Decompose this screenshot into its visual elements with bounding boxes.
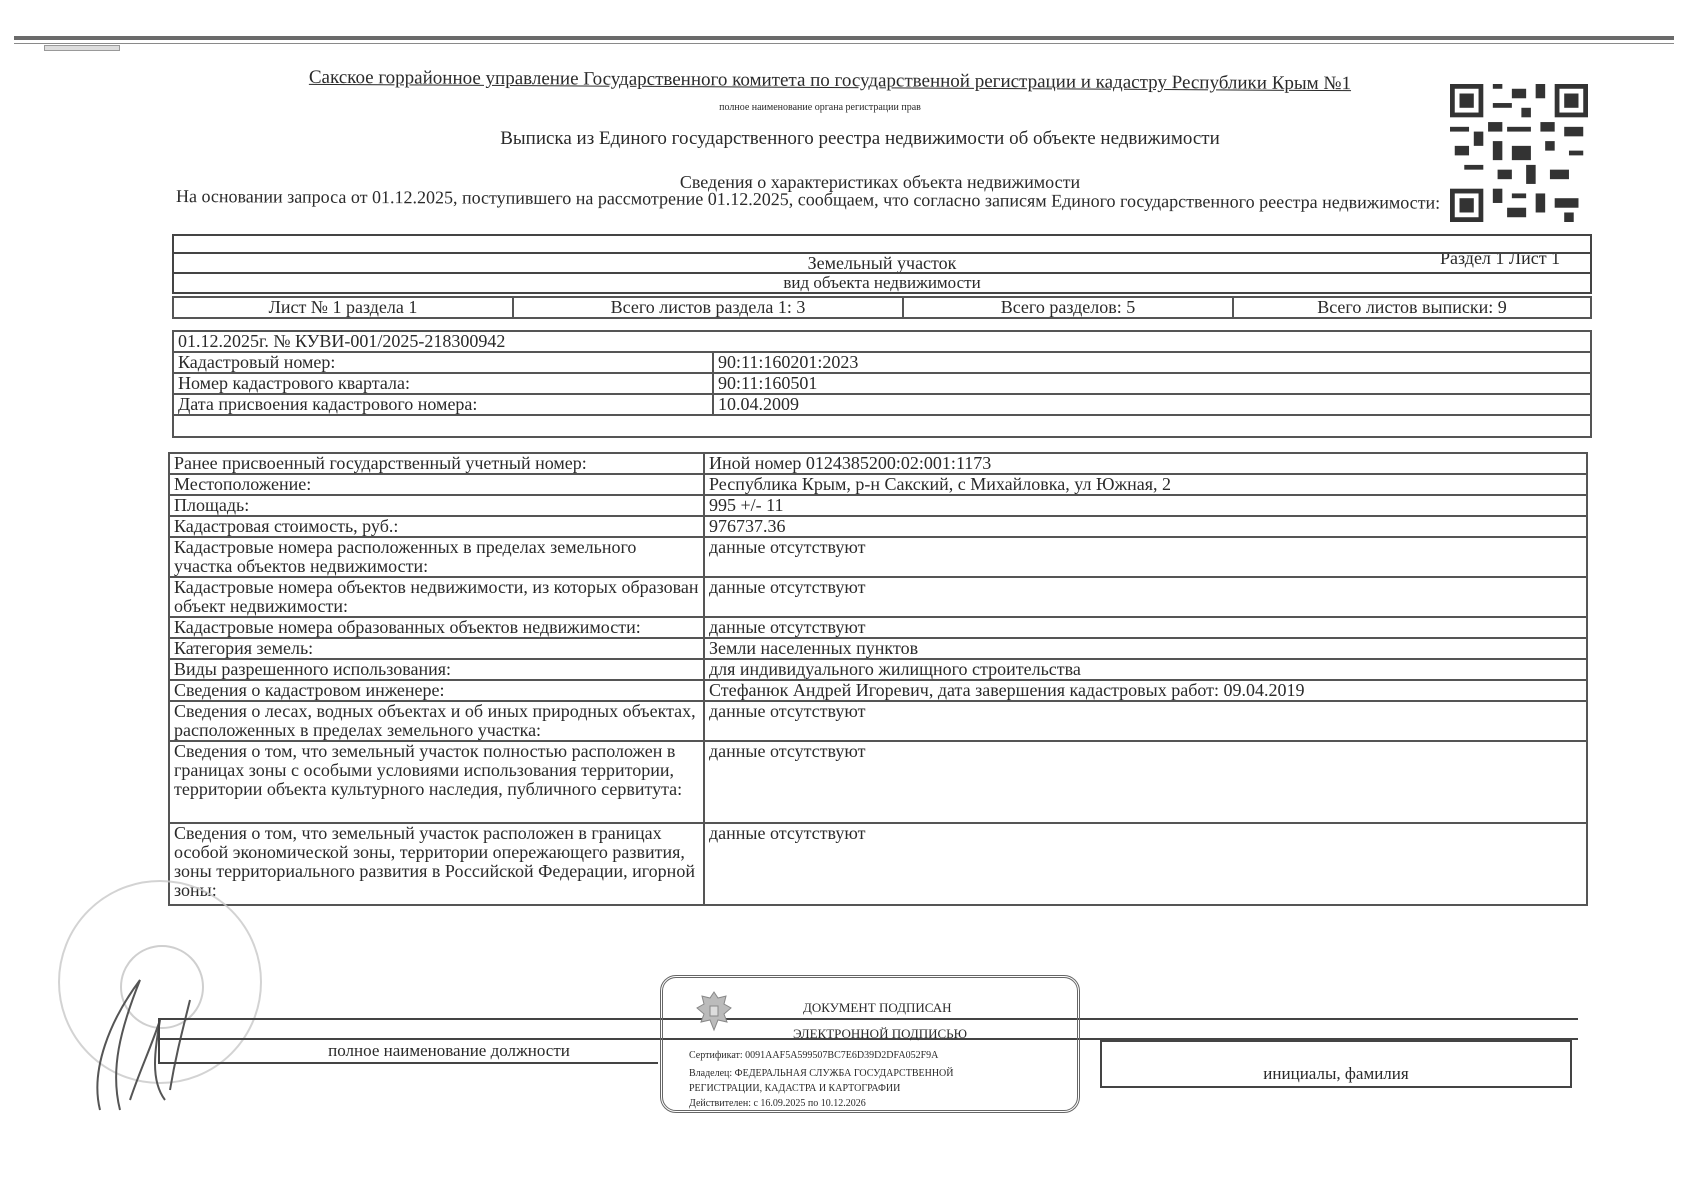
signature-title-line1: ДОКУМЕНТ ПОДПИСАН [803, 1000, 952, 1016]
scan-edge-mark [44, 45, 120, 51]
row-value: данные отсутствуют [704, 701, 1587, 741]
extract-number: 01.12.2025г. № КУВИ-001/2025-218300942 [173, 331, 1591, 352]
table-row: Кадастровые номера расположенных в преде… [169, 537, 1587, 577]
document-title: Выписка из Единого государственного реес… [380, 128, 1340, 150]
electronic-signature-box: ДОКУМЕНТ ПОДПИСАН ЭЛЕКТРОННОЙ ПОДПИСЬЮ С… [660, 975, 1080, 1113]
row-label: Номер кадастрового квартала: [173, 373, 713, 394]
table-row: Местоположение:Республика Крым, р-н Сакс… [169, 474, 1587, 495]
row-value: данные отсутствуют [704, 537, 1587, 577]
row-label: Кадастровые номера расположенных в преде… [169, 537, 704, 577]
signature-certificate: Сертификат: 0091AAF5A599507BC7E6D39D2DFA… [689, 1050, 938, 1061]
table-row: Кадастровая стоимость, руб.:976737.36 [169, 516, 1587, 537]
qr-code-icon [1450, 84, 1588, 222]
organization-name: Сакское горрайонное управление Государст… [300, 67, 1360, 95]
row-label: Сведения о кадастровом инженере: [169, 680, 704, 701]
row-value: Республика Крым, р-н Сакский, с Михайлов… [704, 474, 1587, 495]
row-label: Ранее присвоенный государственный учетны… [169, 453, 704, 474]
sheet-number: Лист № 1 раздела 1 [173, 297, 513, 318]
table-row: Сведения о кадастровом инженере:Стефанюк… [169, 680, 1587, 701]
scan-top-border-thin [14, 43, 1674, 44]
object-type: Земельный участок [174, 254, 1590, 272]
signature-owner: Владелец: ФЕДЕРАЛЬНАЯ СЛУЖБА ГОСУДАРСТВЕ… [689, 1068, 954, 1079]
table-row: Кадастровый номер: 90:11:160201:2023 [173, 352, 1591, 373]
table-row: Сведения о лесах, водных объектах и об и… [169, 701, 1587, 741]
row-label: Площадь: [169, 495, 704, 516]
row-label: Кадастровая стоимость, руб.: [169, 516, 704, 537]
scan-top-border [14, 36, 1674, 40]
table-row: Ранее присвоенный государственный учетны… [169, 453, 1587, 474]
organization-caption: полное наименование органа регистрации п… [630, 102, 1010, 113]
row-value: данные отсутствуют [704, 577, 1587, 617]
object-type-row: Земельный участок [172, 252, 1592, 274]
row-value: 90:11:160201:2023 [713, 352, 1591, 373]
object-type-caption-row: вид объекта недвижимости [172, 272, 1592, 294]
row-value: данные отсутствуют [704, 617, 1587, 638]
row-label: Кадастровые номера объектов недвижимости… [169, 577, 704, 617]
row-value: Стефанюк Андрей Игоревич, дата завершени… [704, 680, 1587, 701]
table-row: Сведения о том, что земельный участок ра… [169, 823, 1587, 905]
empty-row [173, 415, 1591, 437]
intro-paragraph: На основании запроса от 01.12.2025, пост… [176, 186, 1536, 214]
object-type-caption: вид объекта недвижимости [174, 274, 1590, 292]
row-value: Земли населенных пунктов [704, 638, 1587, 659]
sheet-info-table: Лист № 1 раздела 1 Всего листов раздела … [172, 296, 1592, 319]
row-label: Кадастровые номера образованных объектов… [169, 617, 704, 638]
header-frame-top [172, 234, 1592, 254]
row-value: для индивидуального жилищного строительс… [704, 659, 1587, 680]
table-row: Виды разрешенного использования:для инди… [169, 659, 1587, 680]
total-sheets: Всего листов выписки: 9 [1233, 297, 1591, 318]
row-label: Сведения о лесах, водных объектах и об и… [169, 701, 704, 741]
sheets-in-section: Всего листов раздела 1: 3 [513, 297, 903, 318]
row-value: 90:11:160501 [713, 373, 1591, 394]
table-row: Дата присвоения кадастрового номера: 10.… [173, 394, 1591, 415]
property-details-table: Ранее присвоенный государственный учетны… [168, 452, 1588, 906]
cadastral-main-table: 01.12.2025г. № КУВИ-001/2025-218300942 К… [172, 330, 1592, 438]
signature-owner-continued: РЕГИСТРАЦИИ, КАДАСТРА И КАРТОГРАФИИ [689, 1083, 900, 1094]
row-value: 10.04.2009 [713, 394, 1591, 415]
row-label: Сведения о том, что земельный участок по… [169, 741, 704, 823]
position-caption: полное наименование должности [160, 1040, 658, 1062]
row-value: Иной номер 0124385200:02:001:1173 [704, 453, 1587, 474]
row-value: 995 +/- 11 [704, 495, 1587, 516]
table-row: Кадастровые номера образованных объектов… [169, 617, 1587, 638]
row-value: 976737.36 [704, 516, 1587, 537]
position-caption-cell: полное наименование должности [158, 1040, 658, 1064]
row-label: Кадастровый номер: [173, 352, 713, 373]
table-row: Категория земель:Земли населенных пункто… [169, 638, 1587, 659]
row-label: Виды разрешенного использования: [169, 659, 704, 680]
coat-of-arms-icon [691, 988, 737, 1034]
row-label: Дата присвоения кадастрового номера: [173, 394, 713, 415]
row-label: Категория земель: [169, 638, 704, 659]
row-value: данные отсутствуют [704, 741, 1587, 823]
initials-caption: инициалы, фамилия [1102, 1064, 1570, 1084]
table-row: Площадь:995 +/- 11 [169, 495, 1587, 516]
row-label: Местоположение: [169, 474, 704, 495]
signature-title-line2: ЭЛЕКТРОННОЙ ПОДПИСЬЮ [793, 1026, 967, 1042]
total-sections: Всего разделов: 5 [903, 297, 1233, 318]
table-row: Номер кадастрового квартала: 90:11:16050… [173, 373, 1591, 394]
initials-cell: инициалы, фамилия [1100, 1040, 1572, 1088]
table-row: Сведения о том, что земельный участок по… [169, 741, 1587, 823]
row-label: Сведения о том, что земельный участок ра… [169, 823, 704, 905]
signature-validity: Действителен: с 16.09.2025 по 10.12.2026 [689, 1098, 866, 1109]
table-row: Кадастровые номера объектов недвижимости… [169, 577, 1587, 617]
row-value: данные отсутствуют [704, 823, 1587, 905]
